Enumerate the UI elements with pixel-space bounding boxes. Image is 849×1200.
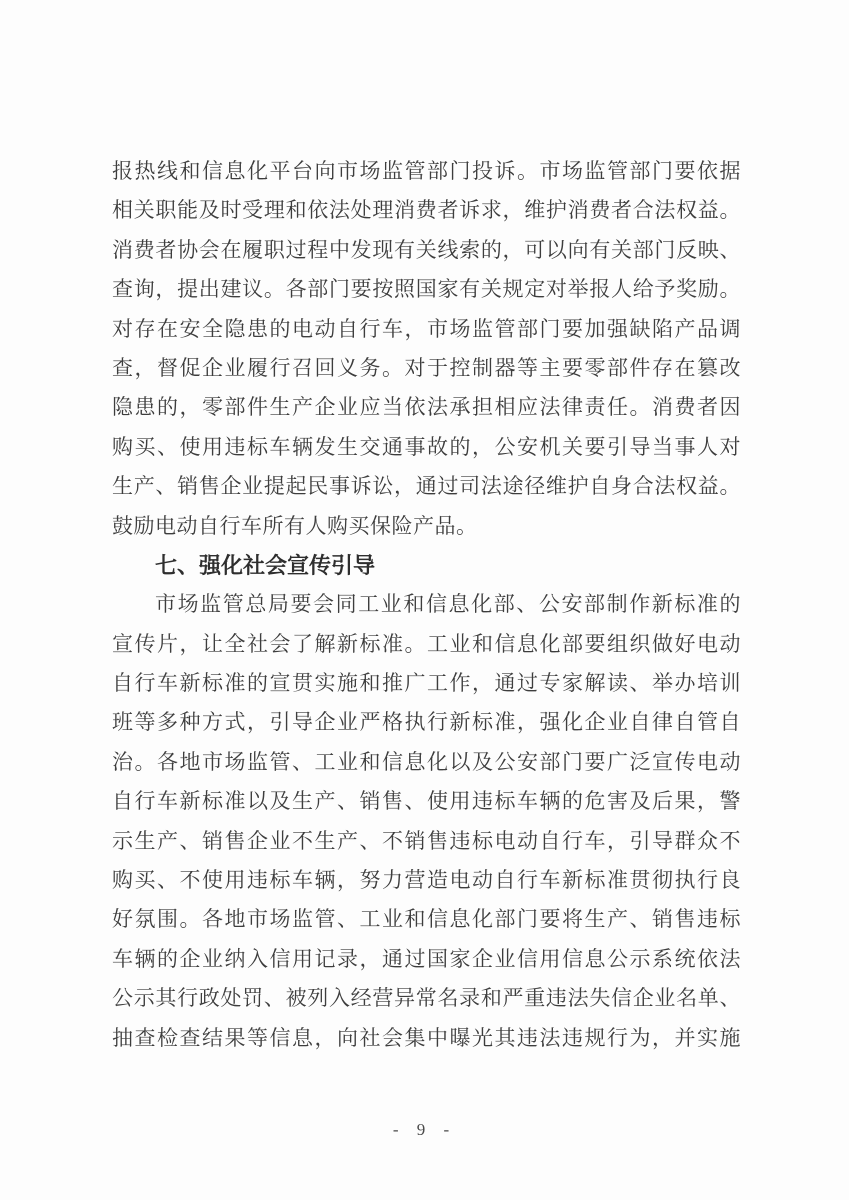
text-line: 查询，提出建议。各部门要按照国家有关规定对举报人给予奖励。 (112, 270, 741, 309)
text-line: 宣传片，让全社会了解新标准。工业和信息化部要组织做好电动 (112, 625, 741, 664)
text-line: 消费者协会在履职过程中发现有关线索的，可以向有关部门反映、 (112, 231, 741, 270)
text-line: 班等多种方式，引导企业严格执行新标准，强化企业自律自管自 (112, 703, 741, 742)
text-line: 好氛围。各地市场监管、工业和信息化部门要将生产、销售违标 (112, 900, 741, 939)
text-line: 车辆的企业纳入信用记录，通过国家企业信用信息公示系统依法 (112, 940, 741, 979)
text-line: 鼓励电动自行车所有人购买保险产品。 (112, 507, 741, 546)
text-line: 报热线和信息化平台向市场监管部门投诉。市场监管部门要依据 (112, 152, 741, 191)
text-line: 公示其行政处罚、被列入经营异常名录和严重违法失信企业名单、 (112, 979, 741, 1018)
text-line: 自行车新标准的宣贯实施和推广工作，通过专家解读、举办培训 (112, 664, 741, 703)
text-line: 查，督促企业履行召回义务。对于控制器等主要零部件存在篡改 (112, 349, 741, 388)
text-line: 隐患的，零部件生产企业应当依法承担相应法律责任。消费者因 (112, 388, 741, 427)
section-heading: 七、强化社会宣传引导 (112, 546, 741, 585)
text-line: 自行车新标准以及生产、销售、使用违标车辆的危害及后果，警 (112, 782, 741, 821)
text-line: 生产、销售企业提起民事诉讼，通过司法途径维护自身合法权益。 (112, 467, 741, 506)
text-line: 示生产、销售企业不生产、不销售违标电动自行车，引导群众不 (112, 822, 741, 861)
page-number: - 9 - (0, 1120, 849, 1140)
text-line: 相关职能及时受理和依法处理消费者诉求，维护消费者合法权益。 (112, 191, 741, 230)
text-line: 对存在安全隐患的电动自行车，市场监管部门要加强缺陷产品调 (112, 310, 741, 349)
text-line: 治。各地市场监管、工业和信息化以及公安部门要广泛宣传电动 (112, 743, 741, 782)
document-body: 报热线和信息化平台向市场监管部门投诉。市场监管部门要依据 相关职能及时受理和依法… (112, 152, 741, 1058)
text-line: 抽查检查结果等信息，向社会集中曝光其违法违规行为，并实施 (112, 1019, 741, 1058)
text-line: 市场监管总局要会同工业和信息化部、公安部制作新标准的 (112, 585, 741, 624)
document-page: 报热线和信息化平台向市场监管部门投诉。市场监管部门要依据 相关职能及时受理和依法… (0, 0, 849, 1200)
text-line: 购买、不使用违标车辆，努力营造电动自行车新标准贯彻执行良 (112, 861, 741, 900)
text-line: 购买、使用违标车辆发生交通事故的，公安机关要引导当事人对 (112, 428, 741, 467)
